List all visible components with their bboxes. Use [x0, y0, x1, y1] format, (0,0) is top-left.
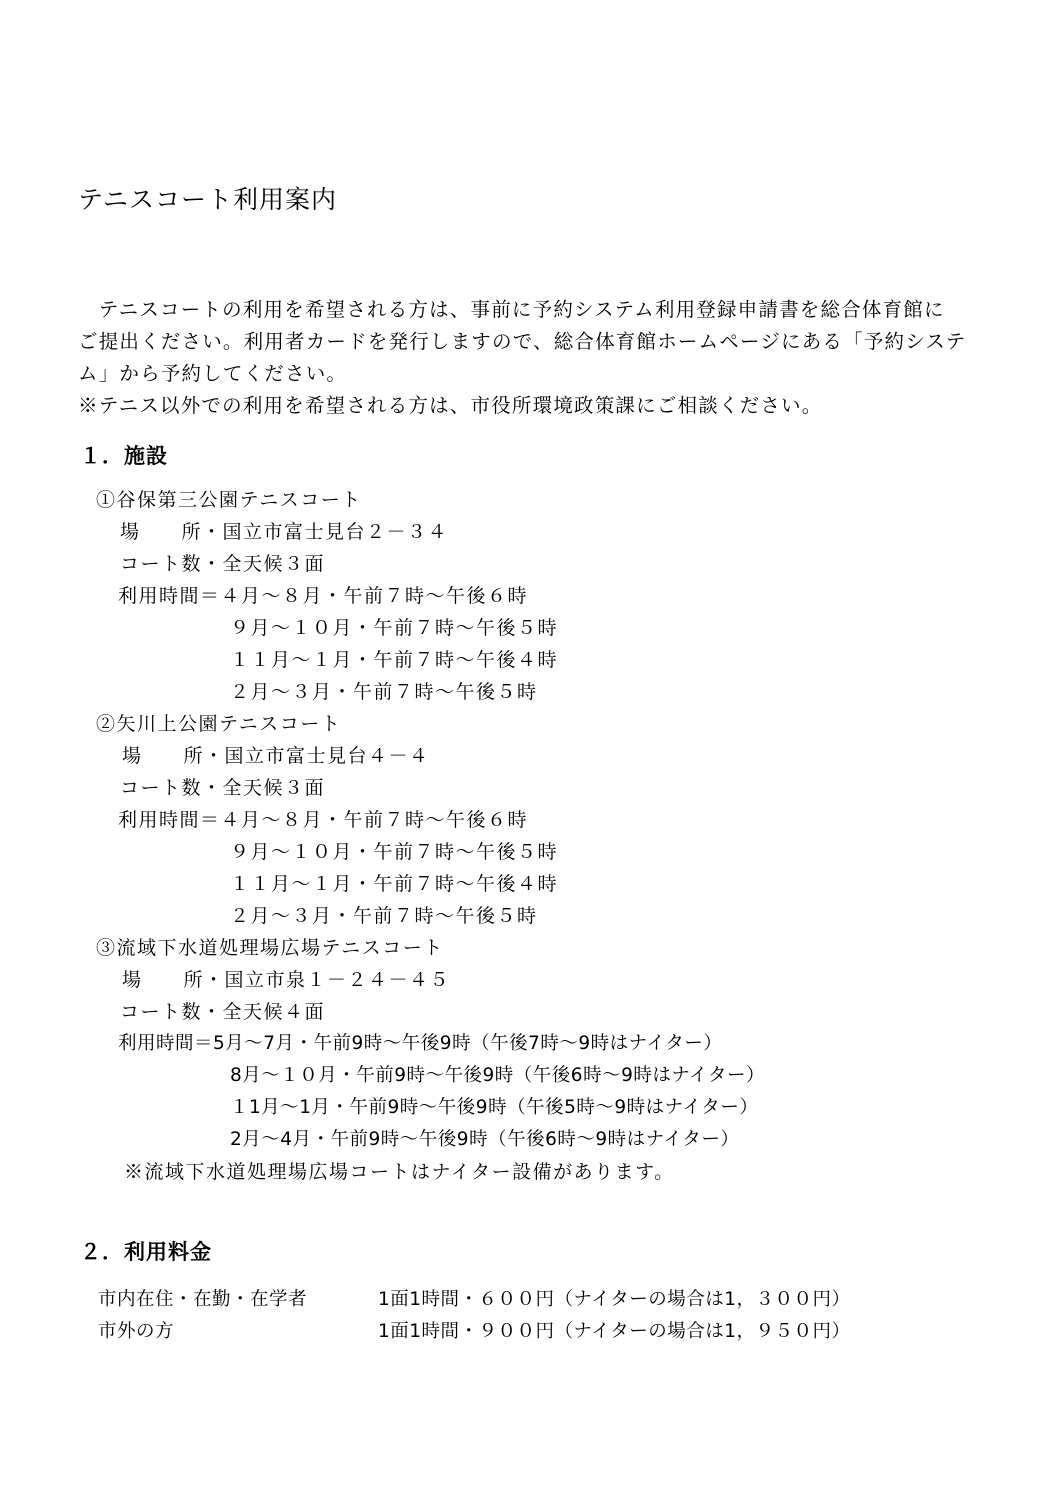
document-page: テニスコート利用案内 テニスコートの利用を希望される方は、事前に予約システム利用… — [0, 0, 1058, 1497]
facility-name: ②矢川上公園テニスコート — [96, 708, 341, 740]
fee-price: 1面1時間・９００円（ナイターの場合は1，９５０円） — [378, 1316, 851, 1348]
intro-line-1: テニスコートの利用を希望される方は、事前に予約システム利用登録申請書を総合体育館… — [78, 294, 945, 326]
section-heading-fees: ２．利用料金 — [80, 1236, 212, 1266]
facility-name: ①谷保第三公園テニスコート — [96, 484, 362, 516]
facility-courts: コート数・全天候４面 — [120, 996, 325, 1028]
night-lighting-note: ※流域下水道処理場広場コートはナイター設備があります。 — [124, 1156, 675, 1188]
facility-hours: 利用時間＝４月～８月・午前７時～午後６時 — [118, 804, 528, 836]
intro-line-2: ご提出ください。利用者カードを発行しますので、総合体育館ホームページにある「予約… — [78, 326, 966, 358]
fee-price: 1面1時間・６００円（ナイターの場合は1，３００円） — [378, 1284, 851, 1316]
facility-hours: ２月～３月・午前７時～午後５時 — [230, 676, 538, 708]
facility-name: ③流域下水道処理場広場テニスコート — [96, 932, 444, 964]
page-title: テニスコート利用案内 — [78, 180, 337, 216]
facility-location: 場 所・国立市泉１－２４－４５ — [122, 964, 450, 996]
facility-hours: 利用時間＝5月～7月・午前9時～午後9時（午後7時～9時はナイター） — [118, 1028, 722, 1060]
facility-hours: １１月～１月・午前７時～午後４時 — [230, 644, 558, 676]
section-heading-facilities: １．施設 — [80, 440, 168, 470]
intro-note: ※テニス以外での利用を希望される方は、市役所環境政策課にご相談ください。 — [78, 390, 822, 422]
facility-hours: １1月～1月・午前9時～午後9時（午後5時～9時はナイター） — [230, 1092, 758, 1124]
facility-location: 場 所・国立市富士見台２－３４ — [120, 516, 448, 548]
facility-hours: ９月～１０月・午前７時～午後５時 — [230, 836, 558, 868]
fee-category: 市内在住・在勤・在学者 — [98, 1284, 307, 1316]
facility-hours: １１月～１月・午前７時～午後４時 — [230, 868, 558, 900]
facility-location: 場 所・国立市富士見台４－４ — [122, 740, 430, 772]
facility-courts: コート数・全天候３面 — [120, 772, 325, 804]
facility-hours: 利用時間＝４月～８月・午前７時～午後６時 — [118, 580, 528, 612]
facility-hours: ２月～３月・午前７時～午後５時 — [230, 900, 538, 932]
facility-hours: ９月～１０月・午前７時～午後５時 — [230, 612, 558, 644]
facility-courts: コート数・全天候３面 — [120, 548, 325, 580]
facility-hours: 2月～4月・午前9時～午後9時（午後6時～9時はナイター） — [230, 1124, 739, 1156]
facility-hours: 8月～１０月・午前9時～午後9時（午後6時～9時はナイター） — [230, 1060, 765, 1092]
intro-line-3: ム」から予約してください。 — [78, 358, 347, 390]
fee-category: 市外の方 — [98, 1316, 174, 1348]
